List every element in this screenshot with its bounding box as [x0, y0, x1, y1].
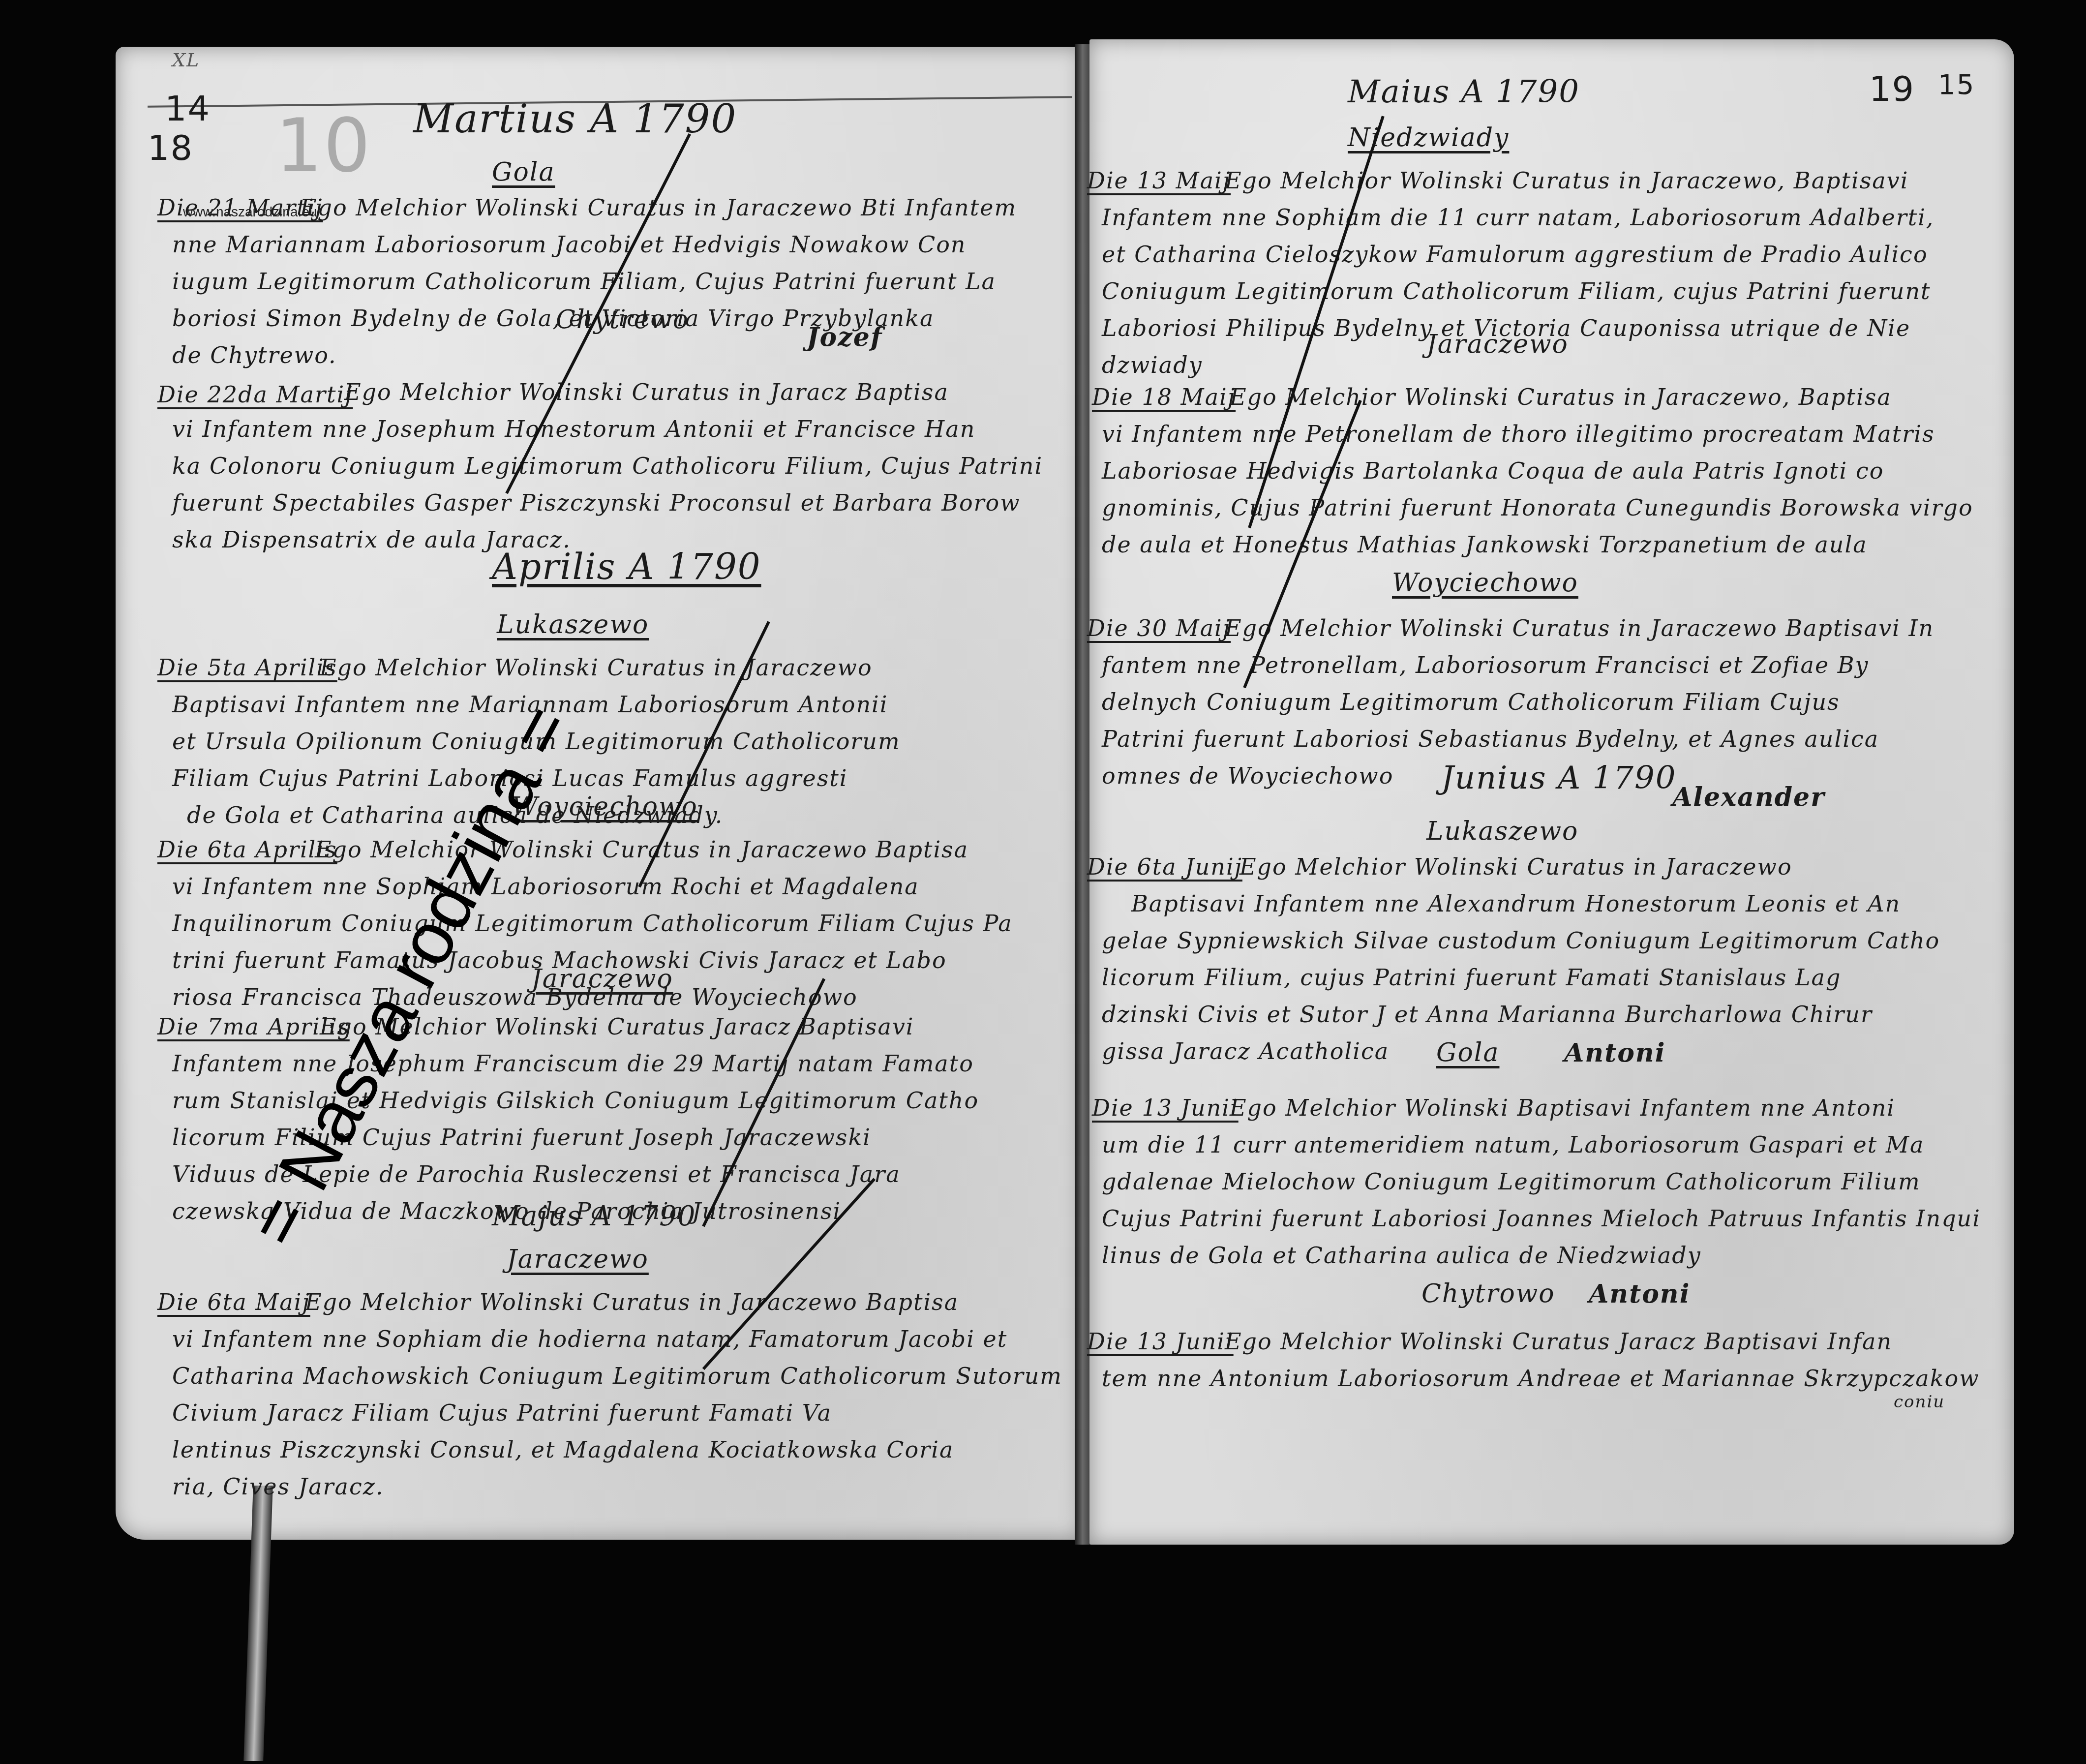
page-number: 18	[148, 128, 193, 168]
entry-line: Inquilinorum Coniugum Legitimorum Cathol…	[172, 910, 1013, 937]
entry-line: Ego Melchior Wolinski Curatus in Jaracz …	[344, 379, 949, 405]
entry-line: Patrini fuerunt Laboriosi Sebastianus By…	[1102, 726, 1879, 752]
entry-date: Die 6ta Aprilis	[157, 836, 337, 863]
village-gola: Gola	[1436, 1038, 1499, 1067]
entry-line: Baptisavi Infantem nne Alexandrum Honest…	[1131, 890, 1901, 917]
village-gola: Gola	[492, 157, 555, 187]
entry-line: vi Infantem nne Josephum Honestorum Anto…	[172, 416, 975, 442]
margin-name: Alexander	[1672, 782, 1825, 812]
entry-line: ria, Cives Jaracz.	[172, 1473, 384, 1500]
page-number: 19	[1869, 69, 1915, 109]
entry-line: vi Infantem nne Sophiam die hodierna nat…	[172, 1326, 1007, 1352]
entry-line: Cujus Patrini fuerunt Laboriosi Joannes …	[1102, 1205, 1981, 1232]
village-jaraczewo: Jaraczewo	[531, 964, 673, 994]
corner-mark: XL	[172, 49, 200, 71]
entry-line: dzinski Civis et Sutor J et Anna Mariann…	[1102, 1001, 1873, 1028]
entry-line: delnych Coniugum Legitimorum Catholicoru…	[1102, 689, 1840, 715]
entry-line: gnominis, Cujus Patrini fuerunt Honorata…	[1102, 494, 1973, 521]
entry-line: Ego Melchior Wolinski Curatus in Jaracze…	[1225, 167, 1908, 194]
entry-date: Die 6ta Junij	[1087, 853, 1242, 880]
faint-entry-number: 10	[275, 103, 371, 189]
month-heading-junius: Junius A 1790	[1441, 760, 1676, 796]
page-number-old: 14	[165, 89, 211, 129]
entry-line: linus de Gola et Catharina aulica de Nie…	[1102, 1242, 1701, 1269]
entry-line: fuerunt Spectabiles Gasper Piszczynski P…	[172, 489, 1021, 516]
entry-line: Coniugum Legitimorum Catholicorum Filiam…	[1102, 278, 1931, 304]
entry-line: Infantem nne Sophiam die 11 curr natam, …	[1102, 204, 1935, 231]
entry-line: Ego Melchior Wolinski Curatus in Jaracze…	[315, 836, 968, 863]
village-lukaszewo: Lukaszewo	[497, 610, 649, 639]
margin-name: Jozef	[807, 322, 882, 352]
month-heading-aprilis: Aprilis A 1790	[492, 546, 761, 587]
entry-line: nne Mariannam Laboriosorum Jacobi et Hed…	[172, 231, 966, 258]
scanned-register-spread: XL 14 18 10 Martius A 1790 Gola Die 21 M…	[0, 0, 2086, 1764]
entry-line: Ego Melchior Wolinski Curatus in Jaracze…	[320, 654, 873, 681]
entry-line: Infantem nne Josephum Franciscum die 29 …	[172, 1050, 974, 1077]
village-woyciechowo: Woyciechowo	[1392, 568, 1578, 598]
village-jaraczewo: Jaraczewo	[1426, 330, 1569, 359]
entry-date: Die 13 Junii	[1087, 1328, 1234, 1355]
month-heading-maius: Maius A 1790	[1348, 74, 1580, 110]
entry-line: fantem nne Petronellam, Laboriosorum Fra…	[1102, 652, 1869, 678]
entry-line: um die 11 curr antemeridiem natum, Labor…	[1102, 1131, 1924, 1158]
entry-date: Die 22da Martij	[157, 381, 353, 408]
entry-line: dzwiady	[1102, 352, 1203, 378]
entry-line: tem nne Antonium Laboriosorum Andreae et…	[1102, 1365, 1980, 1392]
entry-line: lentinus Piszczynski Consul, et Magdalen…	[172, 1436, 954, 1463]
entry-line: Civium Jaracz Filiam Cujus Patrini fueru…	[172, 1399, 832, 1426]
margin-name: Antoni	[1564, 1038, 1665, 1068]
entry-line: iugum Legitimorum Catholicorum Filiam, C…	[172, 268, 996, 295]
entry-line: Ego Melchior Wolinski Curatus Jaracz Bap…	[1225, 1328, 1892, 1355]
margin-name: Antoni	[1589, 1279, 1690, 1309]
entry-date: Die 13 Junii	[1092, 1095, 1239, 1121]
entry-date: Die 6ta Maij	[157, 1289, 310, 1315]
entry-line: gdalenae Mielochow Coniugum Legitimorum …	[1102, 1168, 1921, 1195]
entry-date: Die 13 Maij	[1087, 167, 1231, 194]
watermark-url: www.naszarodzina.eu	[183, 204, 317, 220]
entry-line: Ego Melchior Wolinski Curatus in Jaracze…	[1230, 384, 1892, 410]
entry-line: Ego Melchior Wolinski Curatus in Jaracze…	[1240, 853, 1792, 880]
entry-line: Ego Melchior Wolinski Curatus in Jaracze…	[305, 1289, 959, 1315]
village-chytrowo: Chytrowo	[1421, 1279, 1555, 1308]
village-jaraczewo: Jaraczewo	[507, 1245, 649, 1274]
entry-line: Catharina Machowskich Coniugum Legitimor…	[172, 1363, 1062, 1389]
entry-line: omnes de Woyciechowo	[1102, 762, 1393, 789]
entry-date: Die 5ta Aprilis	[157, 654, 337, 681]
page-number-old: 15	[1938, 69, 1975, 101]
entry-date: Die 18 Maij	[1092, 384, 1236, 410]
month-heading-majus: Majus A 1790	[492, 1200, 696, 1232]
entry-date: Die 30 Maij	[1087, 615, 1231, 641]
entry-line: vi Infantem nne Sophiam Laboriosorum Roc…	[172, 873, 919, 900]
entry-line: et Catharina Cieloszykow Famulorum aggre…	[1102, 241, 1928, 268]
entry-line: licorum Filium, cujus Patrini fuerunt Fa…	[1102, 964, 1841, 991]
entry-line: gissa Jaracz Acatholica	[1102, 1038, 1389, 1064]
entry-line: Ego Melchior Wolinski Curatus in Jaracze…	[1225, 615, 1934, 641]
entry-line: coniu	[1894, 1392, 1945, 1412]
entry-line: de Chytrewo.	[172, 342, 337, 368]
village-chytrewo: Chytrewo	[556, 305, 689, 335]
entry-line: Laboriosae Hedvigis Bartolanka Coqua de …	[1102, 457, 1884, 484]
village-lukaszewo: Lukaszewo	[1426, 817, 1578, 846]
entry-line: Ego Melchior Wolinski Baptisavi Infantem…	[1230, 1095, 1895, 1121]
entry-line: ka Colonoru Coniugum Legitimorum Catholi…	[172, 453, 1043, 479]
entry-line: vi Infantem nne Petronellam de thoro ill…	[1102, 421, 1935, 447]
entry-line: riosa Francisca Thadeuszowa Bydelna de W…	[172, 984, 858, 1010]
entry-line: gelae Sypniewskich Silvae custodum Coniu…	[1102, 927, 1940, 954]
entry-line: de aula et Honestus Mathias Jankowski To…	[1102, 531, 1868, 558]
